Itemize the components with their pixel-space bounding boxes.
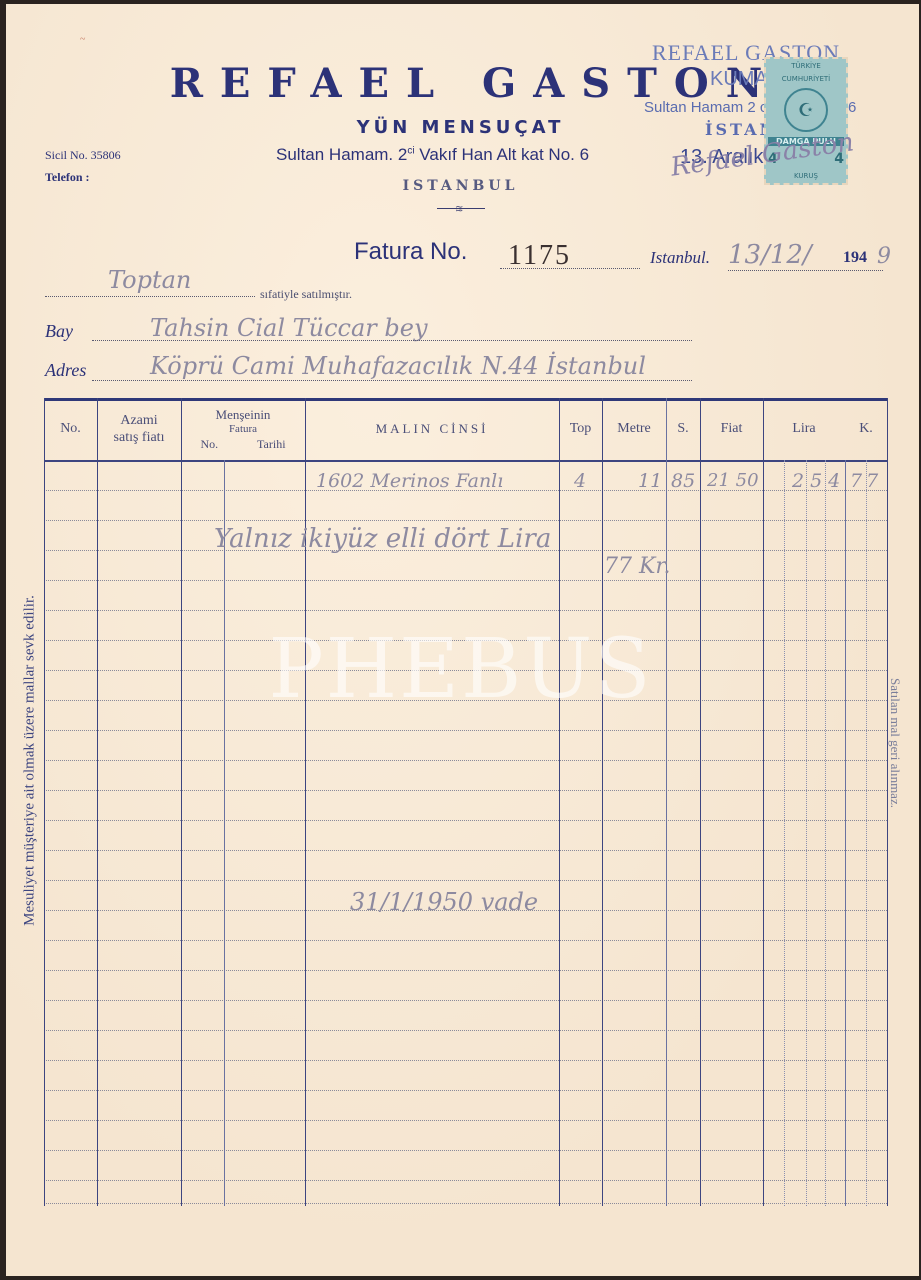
row-line — [44, 1060, 887, 1061]
col-line — [305, 398, 306, 1206]
paper-blemish: ~ — [80, 34, 85, 45]
row-line — [44, 1180, 887, 1181]
address-part: Sultan Hamam. 2 — [276, 145, 407, 164]
row-line — [44, 790, 887, 791]
invoice-label: Fatura No. — [354, 238, 467, 266]
col-line — [559, 398, 560, 1206]
row-fiat: 21 50 — [707, 470, 759, 491]
row-lira: 254 — [792, 470, 846, 492]
no-returns-note: Satılan mal geri alınmaz. — [887, 633, 903, 853]
phone-label: Telefon : — [45, 170, 90, 185]
row-line — [44, 580, 887, 581]
header-goods: MALIN CİNSİ — [305, 398, 559, 460]
address-sup: ci — [407, 145, 414, 156]
items-table: No. Azami satış fiatı Menşeinin Fatura N… — [44, 398, 887, 1206]
header-k: K. — [845, 398, 887, 460]
row-line — [44, 760, 887, 761]
col-line — [97, 398, 98, 1206]
row-line — [44, 520, 887, 521]
row-line — [44, 730, 887, 731]
col-line — [602, 398, 603, 1206]
row-line — [44, 850, 887, 851]
row-s: 85 — [671, 470, 695, 492]
row-line — [44, 820, 887, 821]
col-line — [700, 398, 701, 1206]
row-line — [44, 1090, 887, 1091]
header-metre: Metre — [602, 398, 666, 460]
due-note: 31/1/1950 vade — [350, 888, 538, 916]
total-kurus: 77 Kr. — [604, 554, 671, 579]
header-top: Top — [559, 398, 602, 460]
col-line — [181, 398, 182, 1206]
revenue-republic: CUMHURİYETİ — [782, 75, 830, 83]
header-s: S. — [666, 398, 700, 460]
header-fiat: Fiat — [700, 398, 763, 460]
col-line — [784, 460, 785, 1206]
row-metre: 11 — [638, 470, 662, 492]
row-k: 77 — [850, 470, 882, 492]
invoice-place: Istanbul. — [650, 248, 710, 268]
capacity-value: Toptan — [108, 266, 191, 294]
liability-note: Mesuliyet müşteriye ait olmak üzere mall… — [22, 551, 39, 971]
header-mensei-no: No. — [200, 437, 218, 452]
customer-value: Tahsin Cial Tüccar bey — [150, 314, 428, 342]
address-line — [92, 380, 692, 381]
col-line — [806, 460, 807, 1206]
header-mensei-line1: Menşeinin — [216, 407, 271, 423]
invoice-year-hand: 9 — [877, 244, 891, 269]
row-line — [44, 940, 887, 941]
capacity-label: sıfatiyle satılmıştır. — [260, 287, 352, 302]
crescent-star-icon: ☪ — [784, 88, 828, 132]
header-mensei-sub: No. Tarihi — [181, 437, 305, 452]
row-line — [44, 1000, 887, 1001]
capacity-line — [45, 296, 255, 297]
row-line — [44, 880, 887, 881]
row-goods: 1602 Merinos Fanlı — [316, 470, 503, 492]
row-top: 4 — [574, 470, 586, 492]
company-address: Sultan Hamam. 2ci Vakıf Han Alt kat No. … — [276, 145, 589, 165]
address-label: Adres — [45, 360, 86, 381]
col-line — [666, 398, 667, 1206]
col-line — [845, 460, 846, 1206]
header-lira: Lira — [763, 398, 845, 460]
address-part: Vakıf Han Alt kat No. 6 — [415, 145, 590, 164]
registry-number: Sicil No. 35806 — [45, 148, 121, 163]
header-rule — [44, 460, 887, 462]
customer-label: Bay — [45, 321, 73, 342]
invoice-date: 13/12/ — [728, 240, 812, 270]
watermark: PHEBUS — [0, 622, 921, 717]
header-azami-line2: satış fiatı — [114, 429, 165, 447]
row-line — [44, 1120, 887, 1121]
date-line — [728, 270, 883, 271]
row-line — [44, 1203, 887, 1204]
col-line — [224, 460, 225, 1206]
row-line — [44, 610, 887, 611]
invoice-number-line — [500, 268, 640, 269]
row-line — [44, 1150, 887, 1151]
col-line — [825, 460, 826, 1206]
header-azami-line1: Azami — [120, 412, 157, 430]
header-mensei-tarihi: Tarihi — [257, 437, 285, 452]
customer-line — [92, 340, 692, 341]
header-azami: Azami satış fiatı — [97, 398, 181, 460]
header-no: No. — [44, 398, 97, 460]
row-line — [44, 1030, 887, 1031]
col-line — [866, 460, 867, 1206]
address-value: Köprü Cami Muhafazacılık N.44 İstanbul — [150, 352, 646, 380]
header-mensei-line2: Fatura — [229, 423, 257, 437]
revenue-country: TÜRKİYE — [791, 62, 821, 70]
revenue-currency: KURUŞ — [794, 172, 818, 180]
header-mensei: Menşeinin Fatura No. Tarihi — [181, 398, 305, 460]
row-line — [44, 970, 887, 971]
col-line — [44, 398, 45, 1206]
total-in-words: Yalnız ikiyüz elli dört Lira — [214, 524, 551, 554]
col-line — [763, 398, 764, 1206]
invoice-year-print: 194 — [843, 249, 867, 267]
ornament-glyph: ≋ — [455, 204, 463, 215]
